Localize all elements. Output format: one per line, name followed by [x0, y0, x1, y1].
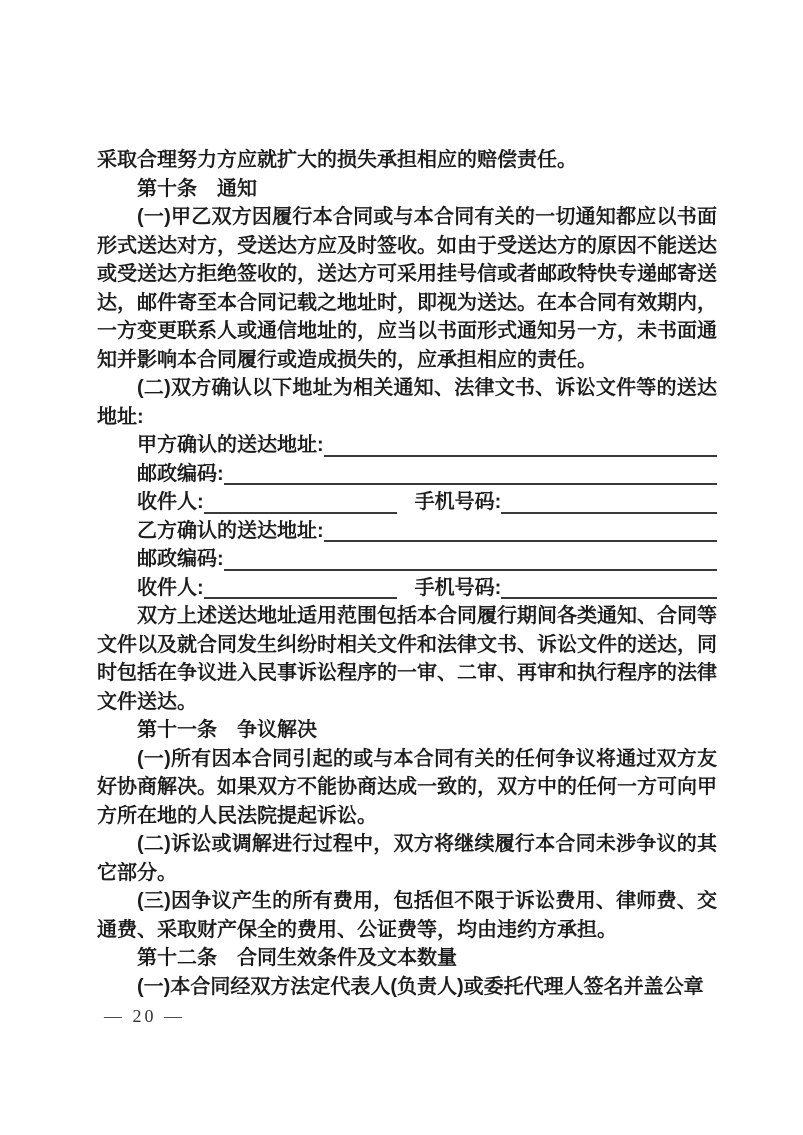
- party-b-postcode-field-label: 邮政编码:: [137, 545, 224, 574]
- party-a-recipient-phone-field: 收件人:手机号码:: [137, 488, 717, 517]
- page-footer: — 20 —: [104, 1002, 185, 1030]
- article-11-clause-2: (二)诉讼或调解进行过程中，双方将继续履行本合同未涉争议的其它部分。: [97, 830, 717, 887]
- article-11-heading: 第十一条 争议解决: [97, 716, 717, 745]
- blank-underline: [324, 517, 717, 543]
- page-number: — 20 —: [104, 1006, 185, 1026]
- address-scope-paragraph: 双方上述送达地址适用范围包括本合同履行期间各类通知、合同等文件以及就合同发生纠纷…: [97, 602, 717, 716]
- party-a-postcode-field: 邮政编码:: [137, 460, 717, 489]
- party-b-recipient-phone-field: 收件人:手机号码:: [137, 574, 717, 603]
- blank-underline: [204, 488, 397, 514]
- party-b-address-field: 乙方确认的送达地址:: [137, 517, 717, 546]
- party-b-postcode-field: 邮政编码:: [137, 545, 717, 574]
- article-10-clause-2: (二)双方确认以下地址为相关通知、法律文书、诉讼文件等的送达地址:: [97, 374, 717, 431]
- blank-underline: [324, 431, 717, 457]
- party-b-recipient-phone-field-label-2: 手机号码:: [415, 574, 502, 603]
- party-a-address-field-label: 甲方确认的送达地址:: [137, 431, 324, 460]
- article-12-heading: 第十二条 合同生效条件及文本数量: [97, 944, 717, 973]
- article-10-heading: 第十条 通知: [97, 175, 717, 204]
- document-body: 采取合理努力方应就扩大的损失承担相应的赔偿责任。第十条 通知(一)甲乙双方因履行…: [97, 146, 717, 1001]
- article-10-clause-1: (一)甲乙双方因履行本合同或与本合同有关的一切通知都应以书面形式送达对方，受送达…: [97, 203, 717, 374]
- document-page: 采取合理努力方应就扩大的损失承担相应的赔偿责任。第十条 通知(一)甲乙双方因履行…: [0, 0, 803, 1135]
- party-b-address-field-label: 乙方确认的送达地址:: [137, 517, 324, 546]
- article-11-clause-3: (三)因争议产生的所有费用，包括但不限于诉讼费用、律师费、交通费、采取财产保全的…: [97, 887, 717, 944]
- party-a-recipient-phone-field-label: 收件人:: [137, 488, 204, 517]
- party-a-address-field: 甲方确认的送达地址:: [137, 431, 717, 460]
- party-b-recipient-phone-field-label: 收件人:: [137, 574, 204, 603]
- blank-underline: [501, 574, 717, 600]
- blank-underline: [501, 488, 717, 514]
- article-12-clause-1: (一)本合同经双方法定代表人(负责人)或委托代理人签名并盖公章: [97, 973, 717, 1002]
- party-a-recipient-phone-field-label-2: 手机号码:: [415, 488, 502, 517]
- blank-underline: [204, 574, 397, 600]
- blank-underline: [224, 545, 717, 571]
- blank-underline: [224, 460, 717, 486]
- article-11-clause-1: (一)所有因本合同引起的或与本合同有关的任何争议将通过双方友好协商解决。如果双方…: [97, 745, 717, 831]
- continuation-line: 采取合理努力方应就扩大的损失承担相应的赔偿责任。: [97, 146, 717, 175]
- party-a-postcode-field-label: 邮政编码:: [137, 460, 224, 489]
